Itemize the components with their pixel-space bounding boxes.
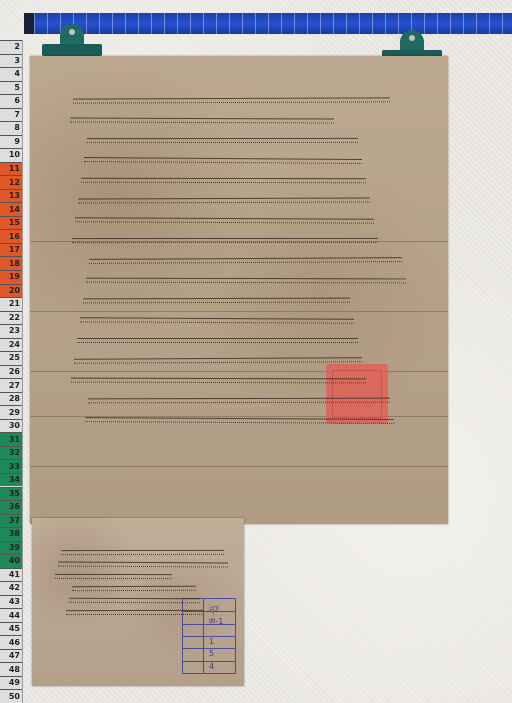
ruler-segment: 45 [0, 622, 22, 636]
ruler-segment: 38 [0, 527, 22, 541]
ruler-label: 23 [0, 324, 20, 337]
ruler-label: 33 [0, 460, 20, 473]
ruler-segment: 40 [0, 554, 22, 568]
ruler-segment: 12 [0, 175, 22, 189]
ruler-segment: 34 [0, 473, 22, 487]
script-line [61, 550, 224, 555]
script-line [72, 238, 378, 243]
ruler-segment: 46 [0, 635, 22, 649]
ruler-segment: 47 [0, 649, 22, 663]
ruler-segment: 6 [0, 94, 22, 108]
script-line [71, 378, 366, 384]
script-line [85, 417, 394, 424]
small-manuscript: ཤ2ཨ-1154 [32, 518, 244, 686]
script-line [89, 257, 402, 264]
ruler-label: 40 [0, 554, 20, 567]
ruler-label: 21 [0, 297, 20, 310]
ruler-label: 31 [0, 433, 20, 446]
ruler-segment: 9 [0, 135, 22, 149]
ruler-segment: 42 [0, 581, 22, 595]
ruler-segment: 29 [0, 405, 22, 419]
ruler-segment: 48 [0, 662, 22, 676]
script-line [72, 586, 196, 592]
ruler-segment: 4 [0, 67, 22, 81]
ruler-label: 10 [0, 148, 20, 161]
ruler-segment: 15 [0, 216, 22, 230]
ruler-label: 20 [0, 284, 20, 297]
binder-clip-left [42, 24, 102, 58]
ruler-label: 37 [0, 514, 20, 527]
ruler-label: 38 [0, 527, 20, 540]
ruler-label: 19 [0, 270, 20, 283]
ruler-label: 26 [0, 365, 20, 378]
ruler-label: 34 [0, 473, 20, 486]
script-line [86, 278, 406, 284]
ruler-segment: 11 [0, 162, 22, 176]
ruler-segment: 31 [0, 432, 22, 446]
red-seal [326, 364, 388, 424]
ruler-label: 44 [0, 609, 20, 622]
ruler-label: 24 [0, 338, 20, 351]
ruler-segment: 8 [0, 121, 22, 135]
ruler-segment: 14 [0, 202, 22, 216]
script-line [70, 117, 334, 123]
ruler-segment: 27 [0, 378, 22, 392]
ruler-label: 18 [0, 257, 20, 270]
ruler-label: 49 [0, 676, 20, 689]
script-line [80, 317, 354, 323]
ruler-label: 13 [0, 189, 20, 202]
script-line [74, 357, 362, 364]
ruler-label: 46 [0, 636, 20, 649]
ruler-label: 41 [0, 568, 20, 581]
script-line [66, 610, 204, 615]
ruler-label: 28 [0, 392, 20, 405]
ruler-label: 5 [0, 81, 20, 94]
ruler-label: 36 [0, 500, 20, 513]
ruler-label: 9 [0, 135, 20, 148]
ruler-segment: 16 [0, 229, 22, 243]
script-line [75, 217, 374, 223]
ruler-segment: 24 [0, 338, 22, 352]
script-line [81, 178, 366, 183]
ruler-label: 11 [0, 162, 20, 175]
ruler-label: 39 [0, 541, 20, 554]
ruler-segment: 49 [0, 676, 22, 690]
ruler-segment: 26 [0, 365, 22, 379]
script-line [77, 338, 358, 343]
ruler-segment: 7 [0, 108, 22, 122]
ruler-segment: 50 [0, 689, 22, 703]
script-line [58, 561, 228, 567]
ruler-segment: 33 [0, 459, 22, 473]
ruler-segment: 37 [0, 514, 22, 528]
ruler-label: 4 [0, 67, 20, 80]
script-line [87, 138, 358, 143]
ruler-label: 14 [0, 203, 20, 216]
ruler-label: 8 [0, 121, 20, 134]
script-line [84, 157, 362, 164]
ruler-label: 15 [0, 216, 20, 229]
left-measuring-ruler: 2345678910111213141516171819202122232425… [0, 40, 23, 703]
ruler-segment: 39 [0, 541, 22, 555]
stamp-cell: 5 [209, 649, 214, 658]
script-line [78, 197, 370, 203]
ruler-segment: 32 [0, 446, 22, 460]
ruler-label: 25 [0, 351, 20, 364]
ruler-segment: 23 [0, 324, 22, 338]
stamp-cell: ཨ-1 [209, 612, 223, 635]
ruler-segment: 44 [0, 608, 22, 622]
ruler-label: 6 [0, 94, 20, 107]
ruler-segment: 5 [0, 81, 22, 95]
script-line [83, 298, 350, 304]
ruler-segment: 19 [0, 270, 22, 284]
ruler-segment: 13 [0, 189, 22, 203]
ruler-label: 16 [0, 230, 20, 243]
ruler-segment: 43 [0, 595, 22, 609]
ruler-segment: 35 [0, 487, 22, 501]
ruler-segment: 21 [0, 297, 22, 311]
ruler-label: 12 [0, 176, 20, 189]
ruler-segment: 3 [0, 54, 22, 68]
ruler-label: 7 [0, 108, 20, 121]
script-line [73, 97, 390, 103]
stamp-cell: 4 [209, 662, 214, 671]
stamp-cell: 1 [209, 637, 214, 646]
ruler-label: 22 [0, 311, 20, 324]
ruler-segment: 18 [0, 256, 22, 270]
ruler-label: 32 [0, 446, 20, 459]
ruler-segment: 28 [0, 392, 22, 406]
script-line [88, 398, 390, 404]
ruler-segment: 41 [0, 568, 22, 582]
script-line [69, 598, 200, 604]
ruler-label: 35 [0, 487, 20, 500]
ruler-label: 3 [0, 54, 20, 67]
ruler-label: 47 [0, 649, 20, 662]
ruler-segment: 36 [0, 500, 22, 514]
ruler-label: 42 [0, 581, 20, 594]
ruler-segment: 22 [0, 311, 22, 325]
ruler-label: 17 [0, 243, 20, 256]
ruler-label: 43 [0, 595, 20, 608]
ruler-segment: 10 [0, 148, 22, 162]
ruler-label: 48 [0, 663, 20, 676]
script-line [55, 574, 172, 579]
ruler-segment: 20 [0, 284, 22, 298]
ruler-label: 2 [0, 40, 20, 53]
ruler-label: 27 [0, 379, 20, 392]
ruler-segment: 17 [0, 243, 22, 257]
ruler-label: 50 [0, 690, 20, 703]
ruler-label: 45 [0, 622, 20, 635]
ruler-label: 30 [0, 419, 20, 432]
ruler-label: 29 [0, 406, 20, 419]
ruler-segment: 25 [0, 351, 22, 365]
main-manuscript [30, 56, 448, 524]
ruler-segment: 30 [0, 419, 22, 433]
ruler-segment: 2 [0, 40, 22, 54]
